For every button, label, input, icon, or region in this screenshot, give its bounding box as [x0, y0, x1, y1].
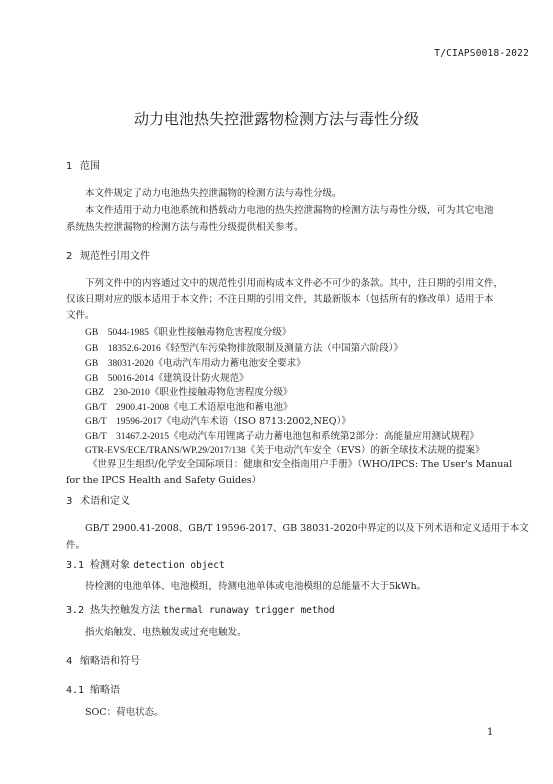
reference-item: GB/T 19596-2017《电动汽车术语（ISO 8713:2002,NEQ…	[85, 413, 351, 427]
references-intro-line-2: 仅该日期对应的版本适用于本文件；不注日期的引用文件，其最新版本（包括所有的修改单…	[66, 291, 494, 305]
section-4-heading: 4缩略语和符号	[66, 652, 140, 667]
section-3-heading: 3术语和定义	[66, 492, 130, 507]
section-number: 2	[66, 251, 80, 262]
section-2-heading: 2规范性引用文件	[66, 247, 150, 262]
section-1-heading: 1范围	[66, 157, 100, 172]
terms-intro-line-2: 件。	[66, 537, 85, 551]
reference-item: GB/T 2900.41-2008《电工术语原电池和蓄电池》	[85, 399, 293, 413]
subsection-4-1-heading: 4.1缩略语	[66, 681, 120, 696]
scope-paragraph-2-line-2: 系统热失控泄漏物的检测方法与毒性分级提供相关参考。	[66, 219, 304, 233]
section-number: 4	[66, 656, 80, 667]
reference-item: GB 18352.6-2016《轻型汽车污染物排放限制及测量方法（中国第六阶段）…	[85, 340, 403, 354]
who-reference-line-1: 《世界卫生组织/化学安全国际项目：健康和安全指南用户手册》（WHO/IPCS: …	[88, 456, 512, 470]
document-title: 动力电池热失控泄露物检测方法与毒性分级	[0, 108, 553, 129]
term-3-1-definition: 待检测的电池单体、电池模组，待测电池单体或电池模组的总能量不大于5kWh。	[85, 578, 426, 592]
section-number: 1	[66, 161, 80, 172]
reference-item: GB/T 31467.2-2015《电动汽车用锂离子动力蓄电池包和系统第2部分：…	[85, 428, 479, 442]
reference-item: GTR-EVS/ECE/TRANS/WP.29/2017/138《关于电动汽车安…	[85, 442, 485, 456]
section-title: 规范性引用文件	[80, 251, 150, 262]
who-reference-line-2: for the IPCS Health and Safety Guides）	[66, 472, 261, 486]
references-intro-line-3: 文件。	[66, 307, 95, 321]
section-title: 缩略语和符号	[80, 656, 140, 667]
scope-paragraph-2-line-1: 本文件适用于动力电池系统和搭载动力电池的热失控泄漏物的检测方法与毒性分级，可为其…	[85, 202, 494, 216]
reference-item: GBZ 230-2010《职业性接触毒物危害程度分级》	[85, 384, 292, 398]
subsection-3-2-heading: 3.2热失控触发方法 thermal runaway trigger metho…	[66, 601, 335, 616]
document-code: T/CIAPS0018-2022	[434, 48, 529, 59]
scope-paragraph-1: 本文件规定了动力电池热失控泄漏物的检测方法与毒性分级。	[85, 185, 342, 199]
reference-item: GB 50016-2014《建筑设计防火规范》	[85, 370, 249, 384]
section-title: 术语和定义	[80, 496, 130, 507]
reference-item: GB 38031-2020《电动汽车用动力蓄电池安全要求》	[85, 355, 306, 369]
section-title: 范围	[80, 161, 100, 172]
page-number: 1	[487, 727, 493, 738]
term-3-2-definition: 指火焰触发、电热触发或过充电触发。	[85, 624, 247, 638]
abbreviation-soc: SOC：荷电状态。	[85, 704, 164, 718]
subsection-3-1-heading: 3.1检测对象 detection object	[66, 556, 225, 571]
terms-intro-line-1: GB/T 2900.41-2008、GB/T 19596-2017、GB 380…	[85, 520, 529, 534]
references-intro-line-1: 下列文件中的内容通过文中的规范性引用而构成本文件必不可少的条款。其中，注日期的引…	[85, 275, 503, 289]
section-number: 3	[66, 496, 80, 507]
reference-item: GB 5044-1985《职业性接触毒物危害程度分级》	[85, 324, 291, 338]
